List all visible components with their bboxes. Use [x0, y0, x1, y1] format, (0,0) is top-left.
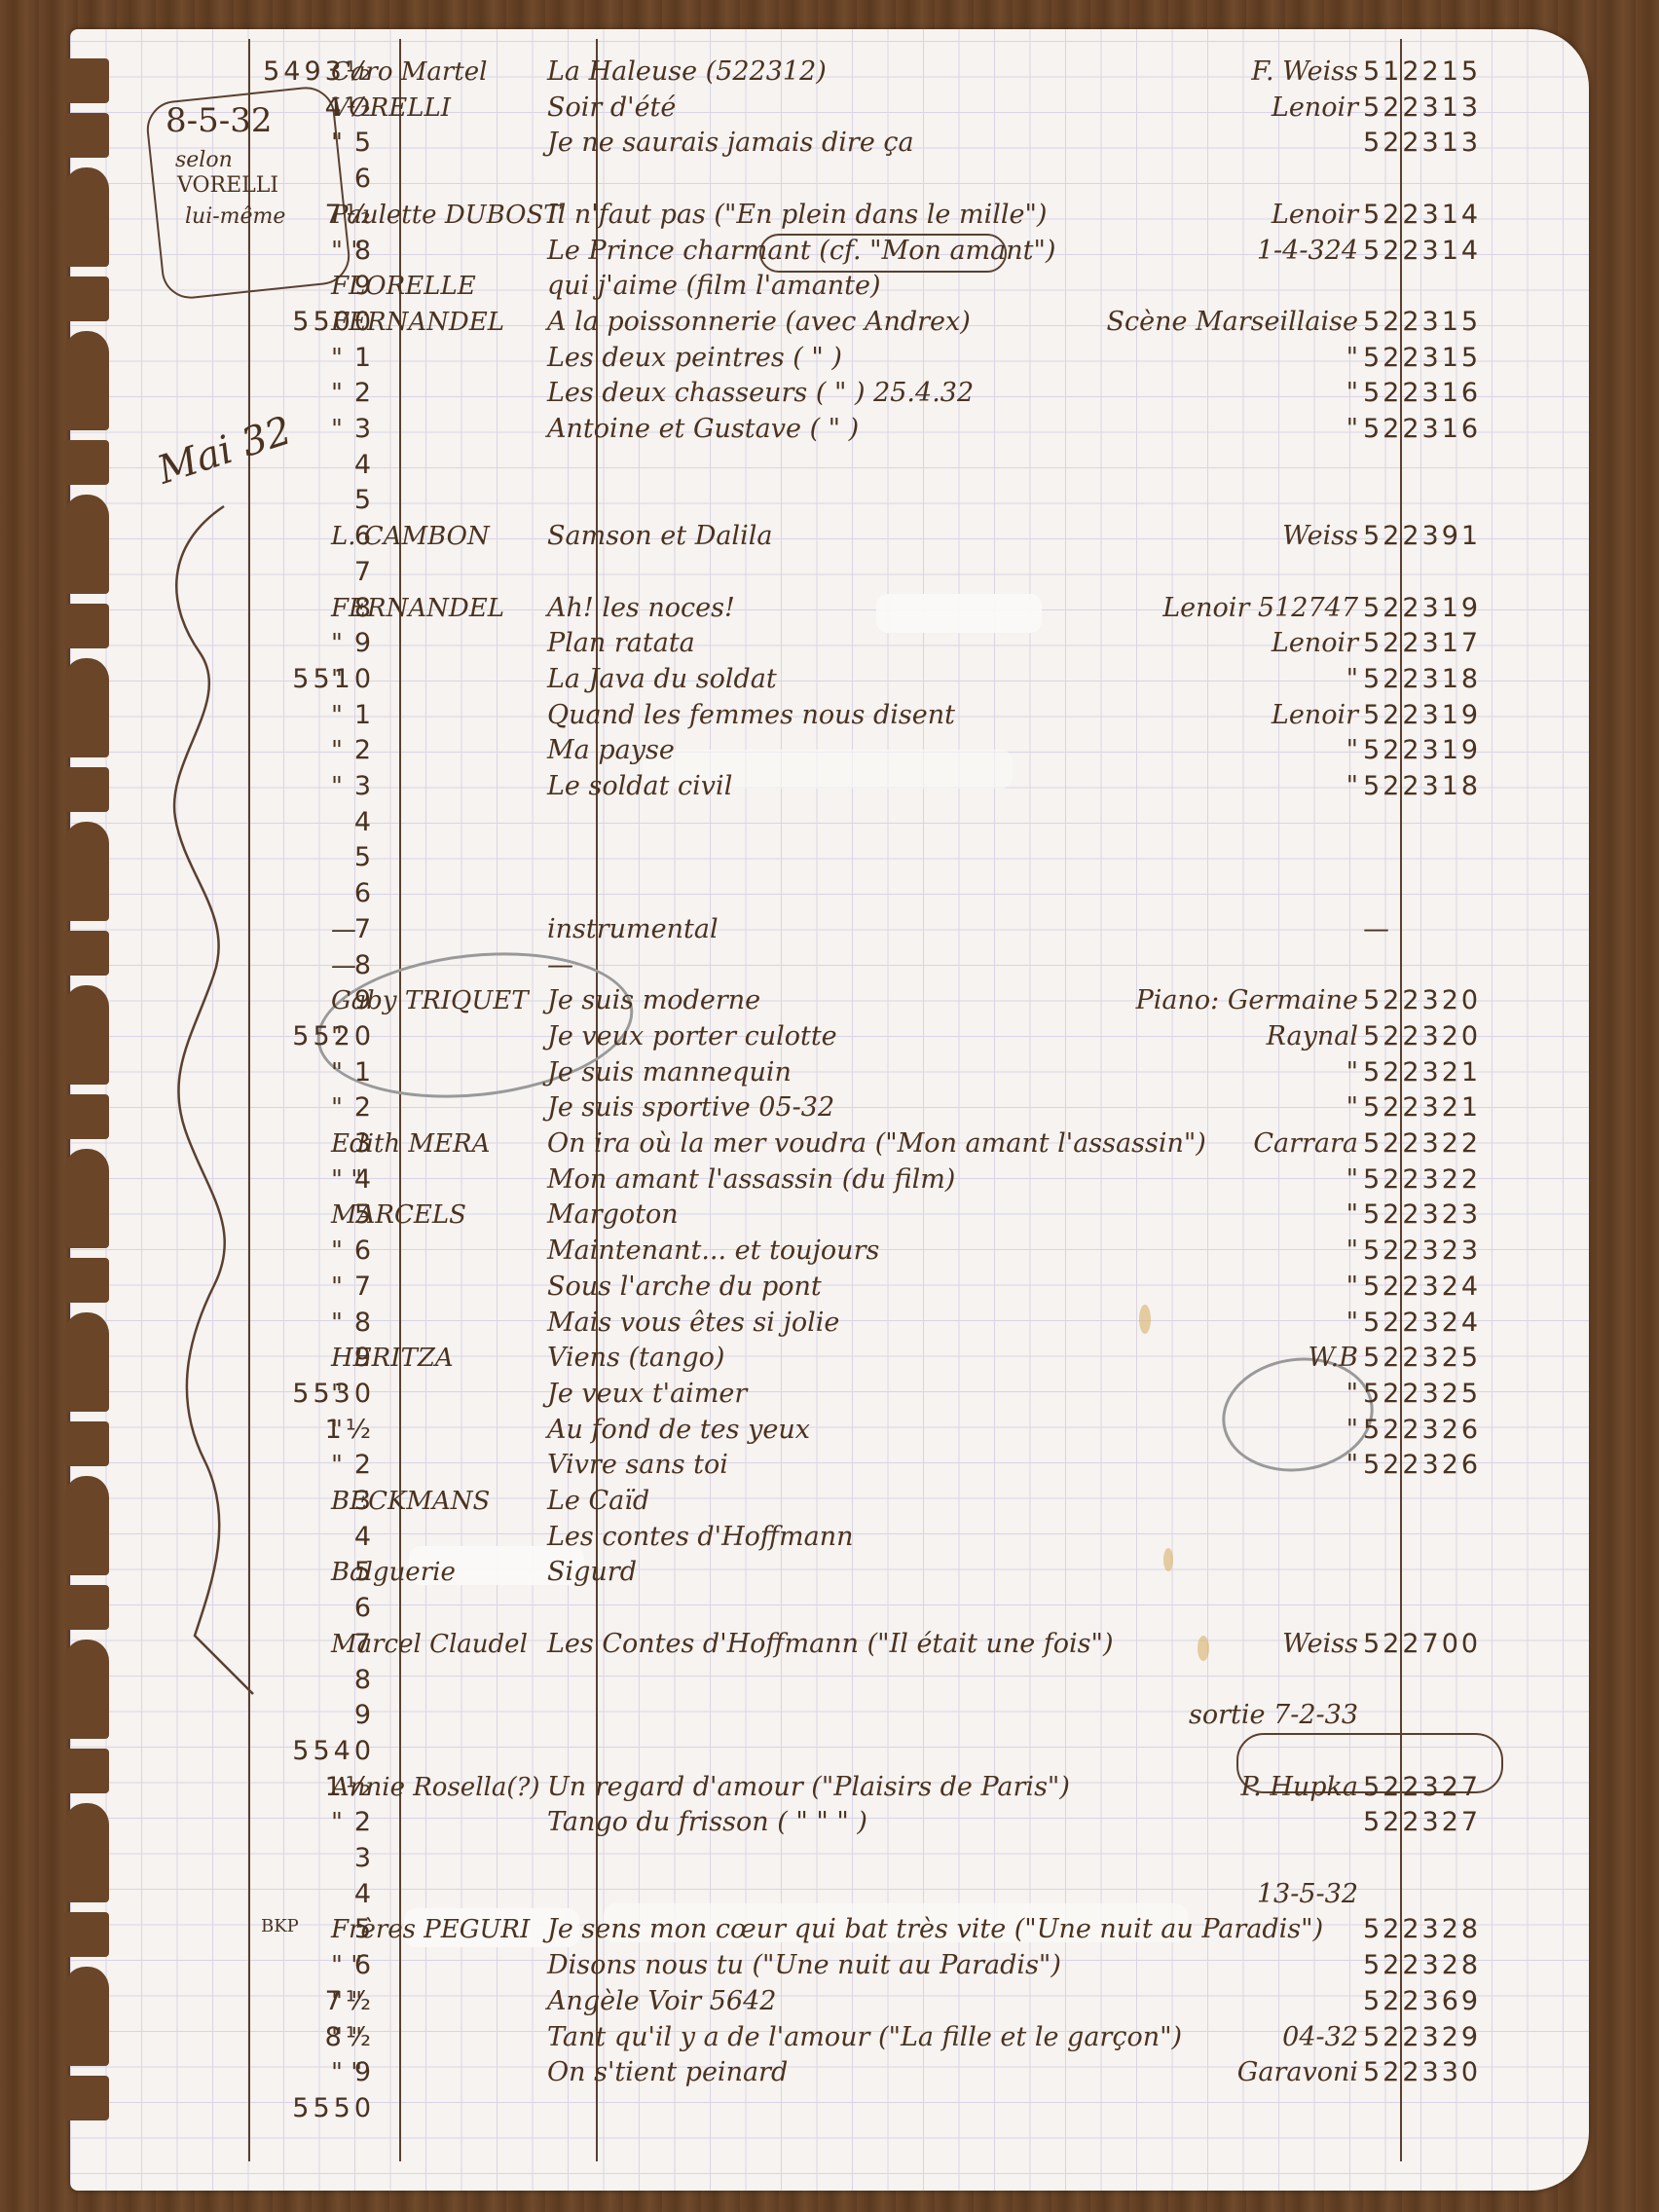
catalog-number: 522391: [1363, 519, 1481, 554]
matrix-number: 3: [180, 769, 375, 804]
matrix-number: 2: [180, 1805, 375, 1840]
catalog-number: 522316: [1363, 412, 1481, 447]
performer-note: 1-4-324: [1061, 234, 1358, 269]
ledger-row: 5 Frères PEGURI Je sens mon cœur qui bat…: [0, 1912, 1659, 1947]
ledger-row: 4: [0, 805, 1659, 840]
catalog-number: 522323: [1363, 1234, 1481, 1269]
matrix-number: 3: [180, 1841, 375, 1876]
artist-name: ": [331, 733, 343, 768]
song-title: Le Caïd: [547, 1484, 649, 1519]
ledger-row: 1½ Annie Rosella(?) Un regard d'amour ("…: [0, 1770, 1659, 1805]
artist-name: ": [331, 412, 343, 447]
ledger-row: 9 Gaby TRIQUET Je suis moderne Piano: Ge…: [0, 983, 1659, 1018]
performer-note: ": [1061, 412, 1358, 447]
ledger-row: 5530 " Je veux t'aimer " 522325: [0, 1377, 1659, 1412]
ledger-row: 5: [0, 840, 1659, 875]
song-title: Soir d'été: [547, 91, 676, 126]
ledger-row: 5: [0, 483, 1659, 518]
ledger-row: 7 Marcel Claudel Les Contes d'Hoffmann (…: [0, 1627, 1659, 1662]
performer-note: 13-5-32: [1061, 1877, 1358, 1912]
catalog-number: 522320: [1363, 983, 1481, 1018]
song-title: Je veux t'aimer: [547, 1377, 747, 1412]
catalog-number: 522316: [1363, 376, 1481, 411]
performer-note: Raynal: [1061, 1019, 1358, 1054]
catalog-number: 522327: [1363, 1805, 1481, 1840]
artist-name: L. CAMBON: [331, 519, 490, 554]
song-title: Le Prince charmant (cf. "Mon amant"): [547, 234, 1055, 269]
artist-name: " ": [331, 1948, 362, 1983]
artist-name: ": [331, 1270, 343, 1305]
song-title: Ma payse: [547, 733, 675, 768]
catalog-number: 522326: [1363, 1448, 1481, 1483]
performer-note: ": [1061, 1413, 1358, 1448]
ledger-row: 7: [0, 555, 1659, 590]
ledger-row: 7 " Sous l'arche du pont " 522324: [0, 1270, 1659, 1305]
ledger-row: 6: [0, 1591, 1659, 1626]
performer-note: ": [1061, 1090, 1358, 1125]
performer-note: Scène Marseillaise: [1061, 305, 1358, 340]
matrix-number: 4: [180, 805, 375, 840]
catalog-number: 522314: [1363, 234, 1481, 269]
catalog-number: 522326: [1363, 1413, 1481, 1448]
catalog-number: 522321: [1363, 1055, 1481, 1090]
artist-name: ": [331, 662, 343, 697]
ledger-row: 6 " Maintenant... et toujours " 522323: [0, 1234, 1659, 1269]
artist-name: HERITZA: [331, 1341, 454, 1376]
ledger-row: 9 HERITZA Viens (tango) W.B 522325: [0, 1341, 1659, 1376]
matrix-number: 6: [180, 876, 375, 911]
matrix-number: 4: [180, 1520, 375, 1555]
matrix-number: 1½: [180, 1413, 375, 1448]
performer-note: ": [1061, 1377, 1358, 1412]
ledger-row: 5 Balguerie Sigurd: [0, 1555, 1659, 1590]
matrix-number: 9: [180, 626, 375, 661]
artist-name: ": [331, 1413, 343, 1448]
performer-note: W.B: [1061, 1341, 1358, 1376]
ledger-row: 3 " Antoine et Gustave ( " ) " 522316: [0, 412, 1659, 447]
performer-note: 04-32: [1061, 2020, 1358, 2055]
song-title: Vivre sans toi: [547, 1448, 728, 1483]
matrix-number: 7: [180, 1270, 375, 1305]
artist-name: Marcel Claudel: [331, 1627, 528, 1662]
song-title: Les deux peintres ( " ): [547, 341, 842, 376]
ledger-row: 4 Les contes d'Hoffmann: [0, 1520, 1659, 1555]
ledger-row: 1½ " Au fond de tes yeux " 522326: [0, 1413, 1659, 1448]
ledger-row: 8: [0, 1663, 1659, 1698]
matrix-number: 6: [180, 162, 375, 197]
song-title: Les Contes d'Hoffmann ("Il était une foi…: [547, 1627, 1113, 1662]
catalog-number: 522320: [1363, 1019, 1481, 1054]
artist-name: ": [331, 341, 343, 376]
song-title: Margoton: [547, 1198, 679, 1233]
artist-name: BECKMANS: [331, 1484, 490, 1519]
artist-name: ": [331, 1377, 343, 1412]
performer-note: Weiss: [1061, 1627, 1358, 1662]
matrix-number: 1: [180, 1055, 375, 1090]
performer-note: Lenoir: [1061, 626, 1358, 661]
song-title: instrumental: [547, 912, 719, 947]
song-title: Je suis sportive 05-32: [547, 1090, 834, 1125]
catalog-number: 512215: [1363, 55, 1481, 90]
song-title: Sous l'arche du pont: [547, 1270, 822, 1305]
ledger-row: 5500 FERNANDEL A la poissonnerie (avec A…: [0, 305, 1659, 340]
artist-name: ": [331, 1055, 343, 1090]
artist-name: " ": [331, 2055, 362, 2090]
artist-name: VORELLI: [331, 91, 451, 126]
ledger-row: 3 BECKMANS Le Caïd: [0, 1484, 1659, 1519]
catalog-number: 522314: [1363, 198, 1481, 233]
catalog-number: 522321: [1363, 1090, 1481, 1125]
ledger-row: 1 " Je suis mannequin " 522321: [0, 1055, 1659, 1090]
ledger-row: 8½ " " Tant qu'il y a de l'amour ("La fi…: [0, 2020, 1659, 2055]
ledger-row: 2 " Je suis sportive 05-32 " 522321: [0, 1090, 1659, 1125]
ledger-row: 6: [0, 876, 1659, 911]
matrix-number: 4: [180, 448, 375, 483]
performer-note: ": [1061, 1055, 1358, 1090]
artist-name: Paulette DUBOST: [331, 198, 561, 233]
artist-name: " ": [331, 234, 362, 269]
ledger-row: 2 " Ma payse " 522319: [0, 733, 1659, 768]
artist-name: Edith MERA: [331, 1126, 490, 1161]
artist-name: ": [331, 626, 343, 661]
ledger-row: 5510 " La Java du soldat " 522318: [0, 662, 1659, 697]
ledger-row: 9 sortie 7-2-33: [0, 1698, 1659, 1733]
song-title: Au fond de tes yeux: [547, 1413, 810, 1448]
catalog-number: 522329: [1363, 2020, 1481, 2055]
artist-name: ": [331, 1306, 343, 1341]
song-title: Quand les femmes nous disent: [547, 698, 955, 733]
artist-name: FERNANDEL: [331, 591, 504, 626]
performer-note: ": [1061, 733, 1358, 768]
performer-note: ": [1061, 1270, 1358, 1305]
matrix-number: 1: [180, 341, 375, 376]
ledger-row: 9 FLORELLE qui j'aime (film l'amante): [0, 269, 1659, 304]
matrix-number: 5: [180, 126, 375, 161]
matrix-number: 8: [180, 1663, 375, 1698]
catalog-number: 522322: [1363, 1162, 1481, 1198]
ledger-row: 8 " " Le Prince charmant (cf. "Mon amant…: [0, 234, 1659, 269]
song-title: Samson et Dalila: [547, 519, 772, 554]
catalog-number: 522315: [1363, 341, 1481, 376]
performer-note: ": [1061, 1162, 1358, 1198]
song-title: Les contes d'Hoffmann: [547, 1520, 854, 1555]
matrix-number: 1: [180, 698, 375, 733]
ledger-row: 3 Edith MERA On ira où la mer voudra ("M…: [0, 1126, 1659, 1161]
performer-note: Lenoir: [1061, 91, 1358, 126]
artist-name: ": [331, 1805, 343, 1840]
song-title: Tango du frisson ( " " " ): [547, 1805, 867, 1840]
song-title: La Haleuse (522312): [547, 55, 827, 90]
song-title: Plan ratata: [547, 626, 695, 661]
artist-name: FLORELLE: [331, 269, 476, 304]
matrix-number: 9: [180, 1698, 375, 1733]
matrix-number: 7: [180, 555, 375, 590]
matrix-number: 6: [180, 1234, 375, 1269]
matrix-number: 5510: [180, 662, 375, 697]
song-title: Je suis moderne: [547, 983, 760, 1018]
catalog-number: 522318: [1363, 769, 1481, 804]
song-title: La Java du soldat: [547, 662, 777, 697]
matrix-number: 3: [180, 412, 375, 447]
song-title: Angèle Voir 5642: [547, 1984, 776, 2019]
song-title: Je sens mon cœur qui bat très vite ("Une…: [547, 1912, 1323, 1947]
song-title: qui j'aime (film l'amante): [547, 269, 881, 304]
artist-name: —: [331, 948, 356, 983]
performer-note: Garavoni: [1061, 2055, 1358, 2090]
artist-name: ": [331, 1234, 343, 1269]
ledger-row: 6 " " Disons nous tu ("Une nuit au Parad…: [0, 1948, 1659, 1983]
catalog-number: 522325: [1363, 1341, 1481, 1376]
catalog-number: 522324: [1363, 1270, 1481, 1305]
catalog-number: 522317: [1363, 626, 1481, 661]
ledger-row: 4 " " Mon amant l'assassin (du film) " 5…: [0, 1162, 1659, 1198]
artist-name: ": [331, 376, 343, 411]
ledger-row: 3: [0, 1841, 1659, 1876]
ledger-row: 5493½ Caro Martel La Haleuse (522312) F.…: [0, 55, 1659, 90]
song-title: Un regard d'amour ("Plaisirs de Paris"): [547, 1770, 1070, 1805]
song-title: Viens (tango): [547, 1341, 724, 1376]
song-title: Il n'faut pas ("En plein dans le mille"): [547, 198, 1047, 233]
ledger-row: 5540: [0, 1734, 1659, 1769]
song-title: Mais vous êtes si jolie: [547, 1306, 839, 1341]
catalog-number: 522319: [1363, 698, 1481, 733]
matrix-number: 6: [180, 1591, 375, 1626]
ledger-row: 4 13-5-32: [0, 1877, 1659, 1912]
ledger-row: 3 " Le soldat civil " 522318: [0, 769, 1659, 804]
artist-name: Balguerie: [331, 1555, 456, 1590]
artist-name: ": [331, 1019, 343, 1054]
artist-name: Annie Rosella(?): [331, 1770, 540, 1805]
performer-note: ": [1061, 1198, 1358, 1233]
matrix-number: 2: [180, 376, 375, 411]
ledger-row: 4½ VORELLI Soir d'été Lenoir 522313: [0, 91, 1659, 126]
performer-note: Carrara: [1061, 1126, 1358, 1161]
matrix-number: 2: [180, 733, 375, 768]
ledger-row: 1 " Les deux peintres ( " ) " 522315: [0, 341, 1659, 376]
artist-name: ": [331, 769, 343, 804]
song-title: —: [547, 948, 573, 983]
ledger-row: 5550: [0, 2091, 1659, 2126]
matrix-number: 8: [180, 1306, 375, 1341]
matrix-number: 5540: [180, 1734, 375, 1769]
performer-note: Piano: Germaine: [1061, 983, 1358, 1018]
ledger-row: 1 " Quand les femmes nous disent Lenoir …: [0, 698, 1659, 733]
song-title: A la poissonnerie (avec Andrex): [547, 305, 971, 340]
catalog-number: 522315: [1363, 305, 1481, 340]
ledger-row: 8 " Mais vous êtes si jolie " 522324: [0, 1306, 1659, 1341]
performer-note: sortie 7-2-33: [1061, 1698, 1358, 1733]
performer-note: F. Weiss: [1061, 55, 1358, 90]
artist-name: Frères PEGURI: [331, 1912, 530, 1947]
ledger-row: 2 " Tango du frisson ( " " " ) 522327: [0, 1805, 1659, 1840]
song-title: Antoine et Gustave ( " ): [547, 412, 859, 447]
song-title: Je veux porter culotte: [547, 1019, 837, 1054]
artist-name: —: [331, 912, 356, 947]
catalog-number: 522318: [1363, 662, 1481, 697]
performer-note: ": [1061, 1306, 1358, 1341]
performer-note: ": [1061, 769, 1358, 804]
ledger-row: 7 — instrumental —: [0, 912, 1659, 947]
catalog-number: 522319: [1363, 591, 1481, 626]
performer-note: Lenoir 512747: [1061, 591, 1358, 626]
performer-note: ": [1061, 341, 1358, 376]
song-title: Je ne saurais jamais dire ça: [547, 126, 914, 161]
matrix-number: 2: [180, 1090, 375, 1125]
ledger-row: 8 FERNANDEL Ah! les noces! Lenoir 512747…: [0, 591, 1659, 626]
ledger-row: 5 " Je ne saurais jamais dire ça 522313: [0, 126, 1659, 161]
ledger-row: 5520 " Je veux porter culotte Raynal 522…: [0, 1019, 1659, 1054]
artist-name: ": [331, 1448, 343, 1483]
ledger-row: 7½ Paulette DUBOST Il n'faut pas ("En pl…: [0, 198, 1659, 233]
matrix-number: 4: [180, 1877, 375, 1912]
performer-note: ": [1061, 376, 1358, 411]
catalog-number: 522313: [1363, 91, 1481, 126]
artist-name: Gaby TRIQUET: [331, 983, 529, 1018]
artist-name: " ": [331, 2020, 362, 2055]
performer-note: P. Hupka: [1061, 1770, 1358, 1805]
artist-name: ": [331, 1090, 343, 1125]
matrix-number: 2: [180, 1448, 375, 1483]
performer-note: ": [1061, 662, 1358, 697]
ledger-row: 6: [0, 162, 1659, 197]
artist-name: ": [331, 126, 343, 161]
ledger-row: 8 — —: [0, 948, 1659, 983]
song-title: Disons nous tu ("Une nuit au Paradis"): [547, 1948, 1061, 1983]
artist-name: " ": [331, 1984, 362, 2019]
song-title: Maintenant... et toujours: [547, 1234, 879, 1269]
ledger-row: 2 " Vivre sans toi " 522326: [0, 1448, 1659, 1483]
artist-name: " ": [331, 1162, 362, 1198]
ledger-row: 5 MARCELS Margoton " 522323: [0, 1198, 1659, 1233]
catalog-number: 522328: [1363, 1912, 1481, 1947]
matrix-number: 5550: [180, 2091, 375, 2126]
artist-name: Caro Martel: [331, 55, 487, 90]
catalog-number: 522323: [1363, 1198, 1481, 1233]
matrix-number: 5530: [180, 1377, 375, 1412]
catalog-number: 522330: [1363, 2055, 1481, 2090]
catalog-number: 522313: [1363, 126, 1481, 161]
ledger-row: 6 L. CAMBON Samson et Dalila Weiss 52239…: [0, 519, 1659, 554]
song-title: Je suis mannequin: [547, 1055, 792, 1090]
catalog-number: 522700: [1363, 1627, 1481, 1662]
ledger-row: 7½ " " Angèle Voir 5642 522369: [0, 1984, 1659, 2019]
matrix-number: 5: [180, 483, 375, 518]
song-title: Ah! les noces!: [547, 591, 735, 626]
catalog-number: 522319: [1363, 733, 1481, 768]
performer-note: Lenoir: [1061, 698, 1358, 733]
catalog-number: —: [1363, 912, 1392, 947]
song-title: Mon amant l'assassin (du film): [547, 1162, 955, 1198]
catalog-number: 522325: [1363, 1377, 1481, 1412]
ledger-row: 4: [0, 448, 1659, 483]
catalog-number: 522327: [1363, 1770, 1481, 1805]
ledger-row: 2 " Les deux chasseurs ( " ) 25.4.32 " 5…: [0, 376, 1659, 411]
song-title: Sigurd: [547, 1555, 637, 1590]
artist-name: ": [331, 698, 343, 733]
song-title: Les deux chasseurs ( " ) 25.4.32: [547, 376, 974, 411]
song-title: Le soldat civil: [547, 769, 732, 804]
ledger-row: 9 " Plan ratata Lenoir 522317: [0, 626, 1659, 661]
catalog-number: 522369: [1363, 1984, 1481, 2019]
artist-name: FERNANDEL: [331, 305, 504, 340]
performer-note: Lenoir: [1061, 198, 1358, 233]
artist-name: MARCELS: [331, 1198, 466, 1233]
catalog-number: 522322: [1363, 1126, 1481, 1161]
catalog-number: 522324: [1363, 1306, 1481, 1341]
ledger-row: 9 " " On s'tient peinard Garavoni 522330: [0, 2055, 1659, 2090]
song-title: On s'tient peinard: [547, 2055, 788, 2090]
performer-note: ": [1061, 1234, 1358, 1269]
matrix-number: 5520: [180, 1019, 375, 1054]
matrix-number: 5: [180, 840, 375, 875]
catalog-number: 522328: [1363, 1948, 1481, 1983]
performer-note: ": [1061, 1448, 1358, 1483]
performer-note: Weiss: [1061, 519, 1358, 554]
